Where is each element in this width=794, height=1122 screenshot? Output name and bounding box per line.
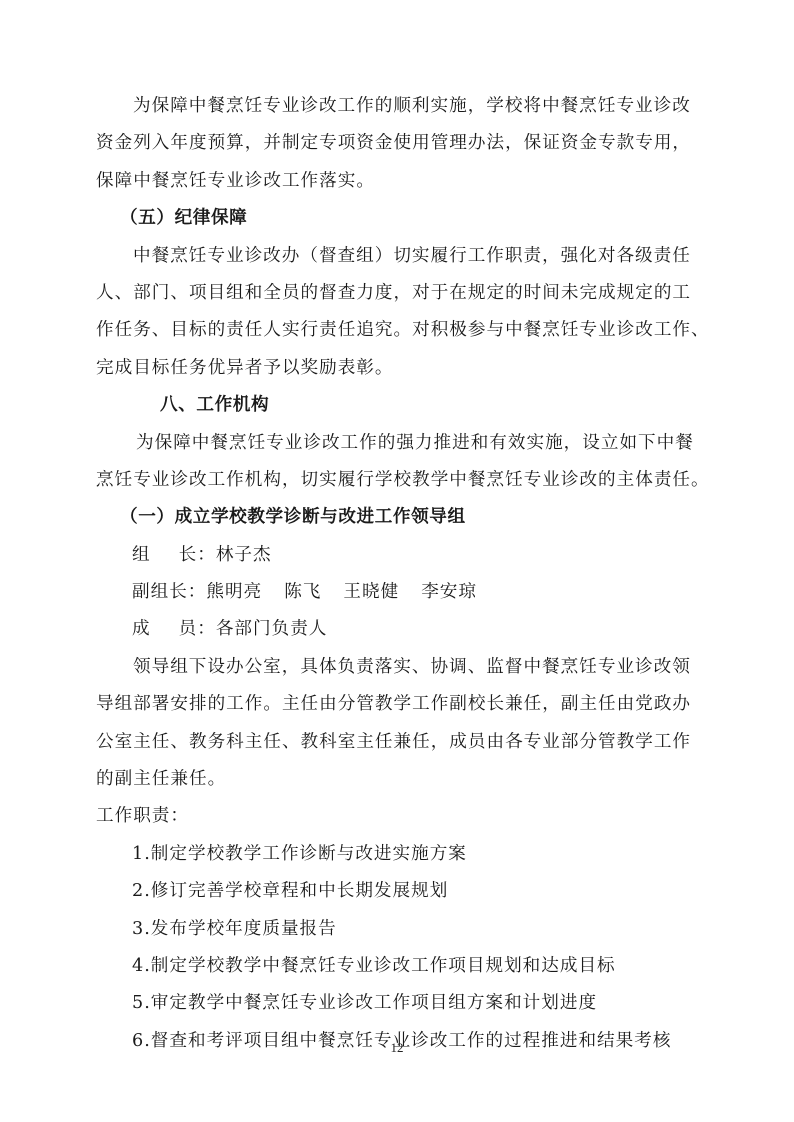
duty-item-5: 5.审定教学中餐烹饪专业诊改工作项目组方案和计划进度 [96,985,692,1022]
paragraph-office-line-2: 导组部署安排的工作。主任由分管教学工作副校长兼任，副主任由党政办 [96,686,692,723]
paragraph-discipline-line-4: 完成目标任务优异者予以奖励表彰。 [96,350,692,387]
paragraph-office-line-4: 的副主任兼任。 [96,761,692,798]
paragraph-org-line-2: 烹饪专业诊改工作机构，切实履行学校教学中餐烹饪专业诊改的主体责任。 [96,462,692,499]
heading-org: 八、工作机构 [96,387,692,424]
paragraph-discipline-line-1: 中餐烹饪专业诊改办（督查组）切实履行工作职责，强化对各级责任 [96,238,692,275]
paragraph-discipline-line-2: 人、部门、项目组和全员的督查力度，对于在规定的时间未完成规定的工 [96,275,692,312]
deputy-name-3: 王晓健 [343,582,399,602]
paragraph-funding-line-1: 为保障中餐烹饪专业诊改工作的顺利实施，学校将中餐烹饪专业诊改 [96,88,692,125]
paragraph-office-line-1: 领导组下设办公室，具体负责落实、协调、监督中餐烹饪专业诊改领 [96,649,692,686]
deputy-label: 副组长： [132,582,206,602]
deputy-name-2: 陈飞 [284,582,321,602]
deputy-row: 副组长：熊明亮陈飞王晓健李安琼 [96,574,692,611]
leader-row: 组长：林子杰 [96,537,692,574]
document-page: 为保障中餐烹饪专业诊改工作的顺利实施，学校将中餐烹饪专业诊改 资金列入年度预算，… [96,88,692,1060]
duty-item-3: 3.发布学校年度质量报告 [96,911,692,948]
paragraph-discipline-line-3: 作任务、目标的责任人实行责任追究。对积极参与中餐烹饪专业诊改工作、 [96,312,692,349]
member-label-1: 成 [132,611,151,648]
leader-name: 林子杰 [216,545,272,565]
duties-label: 工作职责： [96,798,692,835]
paragraph-funding-line-3: 保障中餐烹饪专业诊改工作落实。 [96,163,692,200]
duty-item-2: 2.修订完善学校章程和中长期发展规划 [96,873,692,910]
paragraph-funding-line-2: 资金列入年度预算，并制定专项资金使用管理办法，保证资金专款专用， [96,125,692,162]
heading-leadership: （一）成立学校教学诊断与改进工作领导组 [96,499,692,536]
deputy-name-1: 熊明亮 [206,582,262,602]
paragraph-office-line-3: 公室主任、教务科主任、教科室主任兼任，成员由各专业部分管教学工作 [96,724,692,761]
member-row: 成员：各部门负责人 [96,611,692,648]
leader-label-2: 长： [179,537,216,574]
member-label-2: 员： [179,611,216,648]
page-number: 12 [0,1040,794,1056]
deputy-name-4: 李安琼 [421,582,477,602]
leader-label-1: 组 [132,537,151,574]
paragraph-org-line-1: 为保障中餐烹饪专业诊改工作的强力推进和有效实施，设立如下中餐 [96,425,692,462]
duty-item-4: 4.制定学校教学中餐烹饪专业诊改工作项目规划和达成目标 [96,948,692,985]
member-value: 各部门负责人 [216,619,328,639]
heading-discipline: （五）纪律保障 [96,200,692,237]
duty-item-1: 1.制定学校教学工作诊断与改进实施方案 [96,836,692,873]
